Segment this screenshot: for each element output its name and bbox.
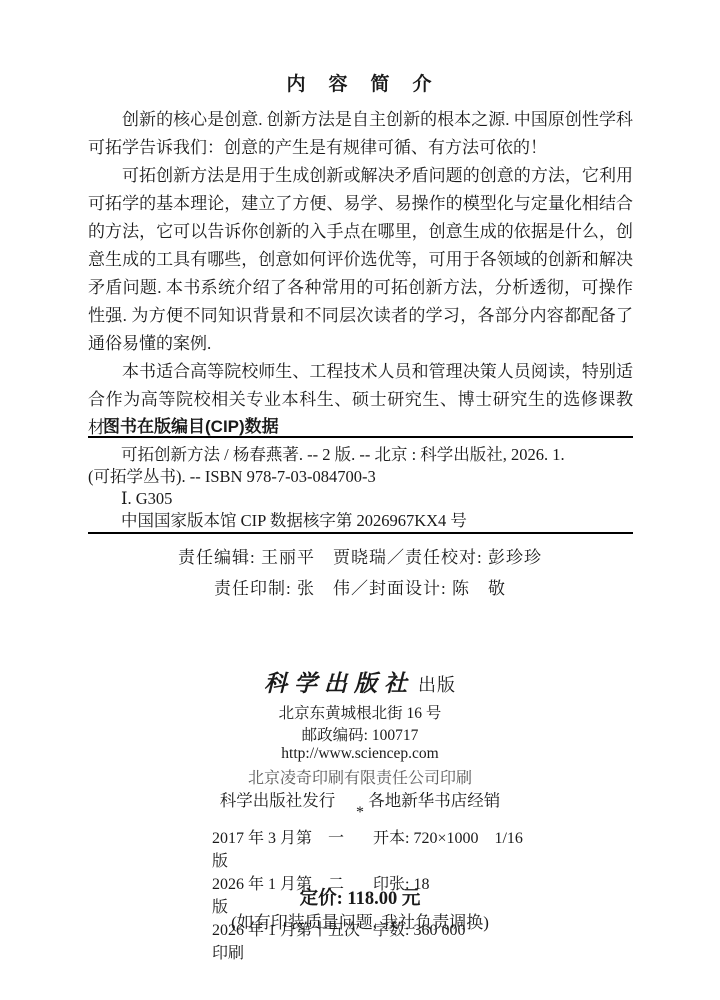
edition-row: 2017 年 3 月第 一 版 开本: 720×1000 1/16 bbox=[212, 827, 523, 873]
cip-series-isbn-line: (可拓学丛书). -- ISBN 978-7-03-084700-3 bbox=[88, 466, 633, 488]
printer-company-line: 北京凌奇印刷有限责任公司印刷 bbox=[0, 765, 720, 788]
cip-title-line: 可拓创新方法 / 杨春燕著. -- 2 版. -- 北京 : 科学出版社, 20… bbox=[88, 444, 633, 466]
horizontal-rule-top bbox=[88, 436, 633, 438]
content-summary-body: 创新的核心是创意. 创新方法是自主创新的根本之源. 中国原创性学科可拓学告诉我们… bbox=[88, 106, 633, 442]
edition-date-first: 2017 年 3 月第 一 版 bbox=[212, 827, 373, 873]
publisher-address: 北京东黄城根北街 16 号 bbox=[0, 701, 720, 723]
cip-heading: 图书在版编目(CIP)数据 bbox=[103, 412, 279, 437]
book-copyright-page: 内 容 简 介 创新的核心是创意. 创新方法是自主创新的根本之源. 中国原创性学… bbox=[0, 0, 720, 1000]
summary-paragraph: 可拓创新方法是用于生成创新或解决矛盾问题的创意的方法，它利用可拓学的基本理论，建… bbox=[88, 162, 633, 358]
cip-class-number: Ⅰ. G305 bbox=[88, 488, 633, 510]
publisher-logo-row: 科学出版社 出版 bbox=[0, 665, 720, 698]
publisher-url: http://www.sciencep.com bbox=[0, 745, 720, 763]
staff-printing-design-line: 责任印制: 张 伟／封面设计: 陈 敬 bbox=[0, 573, 720, 604]
separator-asterisk: * bbox=[0, 804, 720, 822]
horizontal-rule-bottom bbox=[88, 532, 633, 534]
staff-editors-line: 责任编辑: 王丽平 贾晓瑞／责任校对: 彭珍珍 bbox=[0, 542, 720, 573]
price-line: 定价: 118.00 元 bbox=[0, 884, 720, 910]
science-press-logo: 科学出版社 bbox=[264, 671, 414, 696]
cip-data-block: 可拓创新方法 / 杨春燕著. -- 2 版. -- 北京 : 科学出版社, 20… bbox=[88, 444, 633, 532]
publish-label: 出版 bbox=[418, 675, 456, 695]
publisher-postal-code: 邮政编码: 100717 bbox=[0, 723, 720, 745]
quality-exchange-note: (如有印装质量问题, 我社负责调换) bbox=[0, 908, 720, 933]
summary-paragraph: 创新的核心是创意. 创新方法是自主创新的根本之源. 中国原创性学科可拓学告诉我们… bbox=[88, 106, 633, 162]
format-spec: 开本: 720×1000 1/16 bbox=[373, 827, 523, 873]
cip-registry-number: 中国国家版本馆 CIP 数据核字第 2026967KX4 号 bbox=[88, 510, 633, 532]
content-summary-title: 内 容 简 介 bbox=[0, 69, 720, 96]
editorial-staff-block: 责任编辑: 王丽平 贾晓瑞／责任校对: 彭珍珍 责任印制: 张 伟／封面设计: … bbox=[0, 542, 720, 604]
